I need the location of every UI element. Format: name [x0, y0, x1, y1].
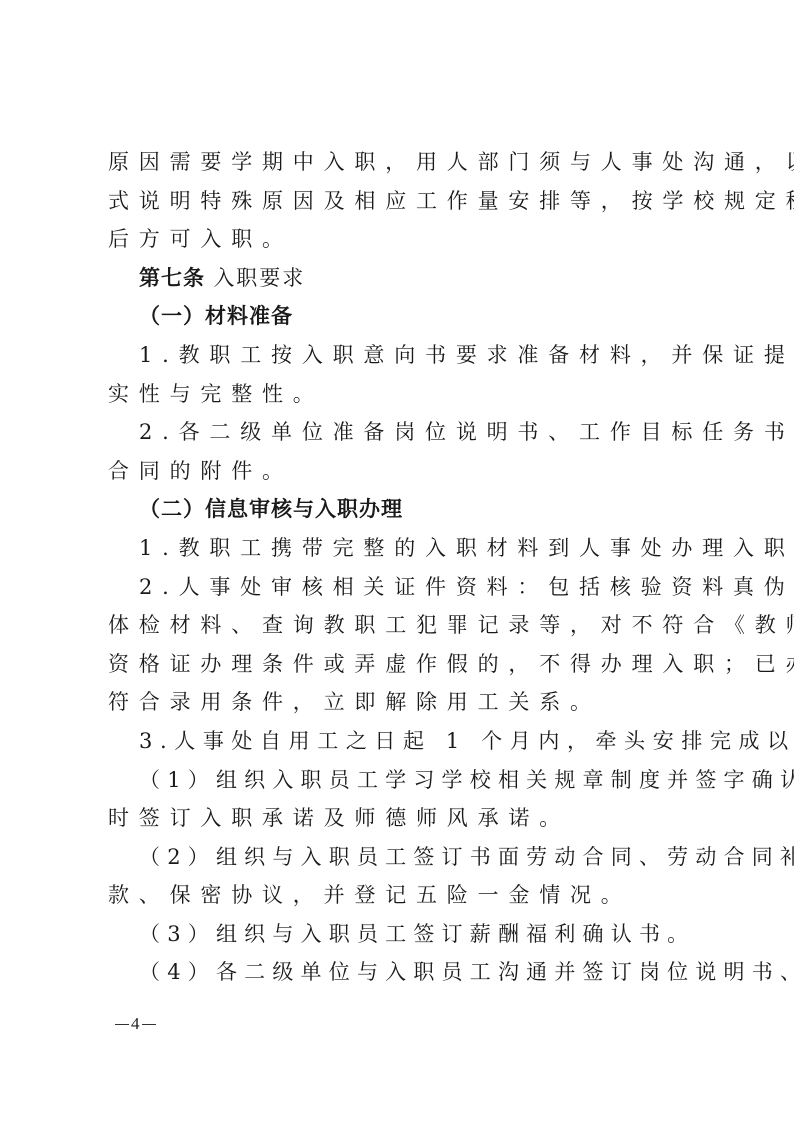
section-heading: （一）材料准备 — [108, 297, 698, 336]
paragraph-line: 3.人事处自用工之日起 1 个月内，牵头安排完成以下工作： — [108, 722, 698, 761]
section-heading: （二）信息审核与入职办理 — [108, 490, 698, 529]
paragraph-line: 1.教职工携带完整的入职材料到人事处办理入职手续。 — [108, 529, 698, 568]
paragraph-line: （1）组织入职员工学习学校相关规章制度并签字确认，同 — [108, 761, 698, 800]
page-footer: 4 — [115, 1014, 156, 1034]
paragraph-line: （2）组织与入职员工签订书面劳动合同、劳动合同补充条 — [108, 838, 698, 877]
article-title: 入职要求 — [213, 266, 305, 290]
footer-dash-right — [142, 1024, 156, 1025]
paragraph-line: 2.各二级单位准备岗位说明书、工作目标任务书等作为劳动 — [108, 413, 698, 452]
article-heading: 第七条 入职要求 — [108, 259, 698, 298]
article-label: 第七条 — [139, 266, 205, 290]
paragraph-line: 资格证办理条件或弄虚作假的，不得办理入职；已办理的视为不 — [108, 645, 698, 684]
paragraph-line: 符合录用条件，立即解除用工关系。 — [108, 683, 698, 722]
paragraph-line: 原因需要学期中入职，用人部门须与人事处沟通，以书面报告形 — [108, 143, 698, 182]
paragraph-line: 时签订入职承诺及师德师风承诺。 — [108, 799, 698, 838]
page-number: 4 — [129, 1014, 142, 1034]
paragraph-line: 式说明特殊原因及相应工作量安排等，按学校规定程序审批通过 — [108, 182, 698, 221]
paragraph-line: 2.人事处审核相关证件资料：包括核验资料真伪、审核身体 — [108, 568, 698, 607]
paragraph-line: 合同的附件。 — [108, 452, 698, 491]
footer-dash-left — [115, 1024, 129, 1025]
paragraph-line: 体检材料、查询教职工犯罪记录等，对不符合《教师法》和教师 — [108, 606, 698, 645]
paragraph-line: （3）组织与入职员工签订薪酬福利确认书。 — [108, 915, 698, 954]
paragraph-line: 后方可入职。 — [108, 220, 698, 259]
paragraph-line: 1.教职工按入职意向书要求准备材料，并保证提交材料的真 — [108, 336, 698, 375]
paragraph-line: 款、保密协议，并登记五险一金情况。 — [108, 876, 698, 915]
paragraph-line: （4）各二级单位与入职员工沟通并签订岗位说明书、工作 — [108, 953, 698, 992]
document-page: 原因需要学期中入职，用人部门须与人事处沟通，以书面报告形 式说明特殊原因及相应工… — [108, 143, 698, 992]
paragraph-line: 实性与完整性。 — [108, 375, 698, 414]
